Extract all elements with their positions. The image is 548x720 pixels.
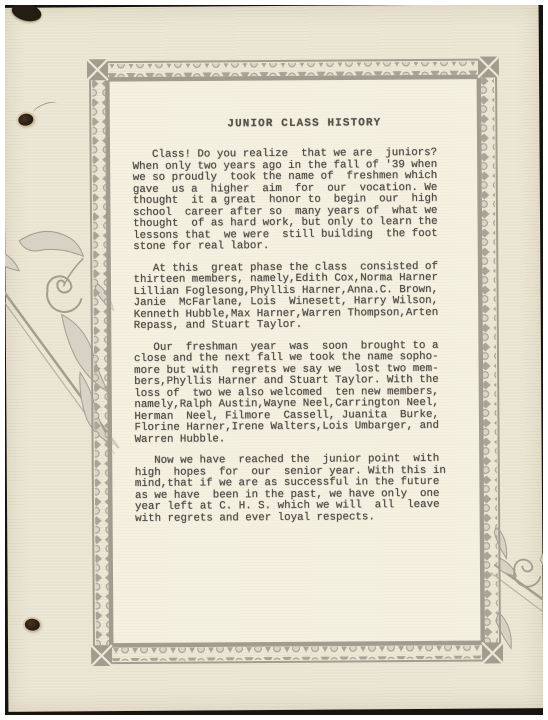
scan-mat: JUNIOR CLASS HISTORY Class! Do you reali… xyxy=(0,0,548,720)
frame-corner-top-left xyxy=(87,59,108,80)
paragraph-sophomore-year: Our freshman year was soon brought to a … xyxy=(134,340,451,446)
torn-corner-chip xyxy=(10,5,43,24)
paper-scratch xyxy=(31,99,59,119)
paragraph-freshman-intro: Class! Do you realize that we are junior… xyxy=(133,148,450,254)
frame-corner-bottom-right xyxy=(482,642,503,663)
typewritten-text-block: JUNIOR CLASS HISTORY Class! Do you reali… xyxy=(132,117,451,535)
scan-backing: JUNIOR CLASS HISTORY Class! Do you reali… xyxy=(5,5,543,715)
frame-corner-bottom-left xyxy=(91,645,112,666)
hole-punch-bottom xyxy=(24,618,40,631)
album-page: JUNIOR CLASS HISTORY Class! Do you reali… xyxy=(5,5,543,712)
paragraph-class-members: At this great phase the class consisted … xyxy=(133,261,449,332)
paragraph-junior-outlook: Now we have reached the junior point wit… xyxy=(135,454,451,525)
page-title: JUNIOR CLASS HISTORY xyxy=(146,117,462,131)
frame-corner-top-right xyxy=(478,56,499,77)
hole-punch-top xyxy=(18,113,35,127)
